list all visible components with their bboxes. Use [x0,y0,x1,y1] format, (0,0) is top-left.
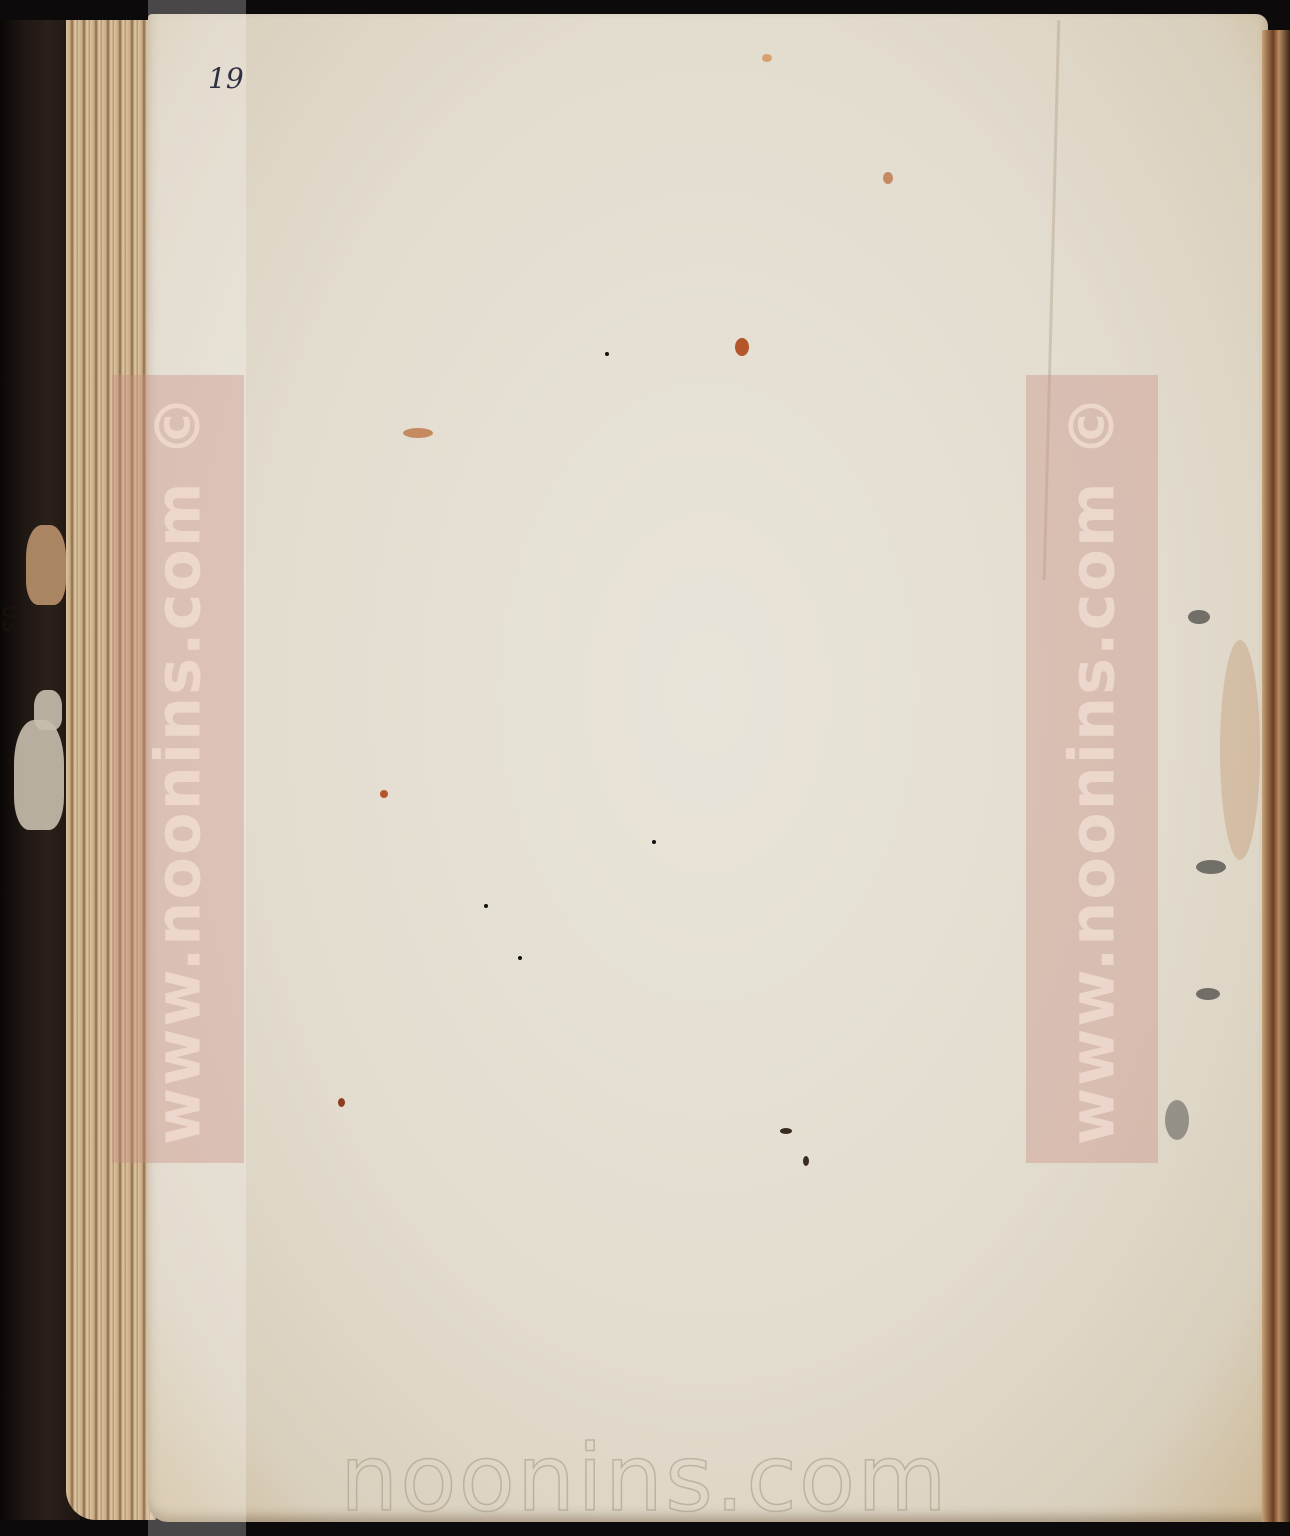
spine-worn-patch [14,720,64,830]
foxing-spot [883,172,893,184]
watermark-text: www.noonins.com © [142,393,215,1145]
page-number: 19 [208,62,244,95]
ink-speck [484,904,488,908]
ink-speck [518,956,522,960]
watermark-strip-right: www.noonins.com © [1026,375,1158,1163]
spine-worn-patch [34,690,62,730]
spine-label: 03 [0,605,22,633]
footer-watermark: noonins.com [340,1425,949,1532]
watermark-strip-left: www.noonins.com © [112,375,244,1163]
foxing-spot [403,428,433,438]
foxing-spot [380,790,388,798]
foxing-spot [762,54,772,62]
watermark-text: www.noonins.com © [1056,393,1129,1145]
ink-speck [1165,1100,1189,1140]
ink-speck [1196,860,1226,874]
ink-speck [652,840,656,844]
ink-speck [605,352,609,356]
foxing-stain [1220,640,1260,860]
ink-speck [1196,988,1220,1000]
spine-worn-patch [26,525,66,605]
foxing-spot [735,338,749,356]
right-page-edge [1262,30,1290,1522]
ink-speck [1188,610,1210,624]
ink-speck [780,1128,792,1134]
foxing-spot [338,1098,345,1107]
ink-speck [803,1156,809,1166]
